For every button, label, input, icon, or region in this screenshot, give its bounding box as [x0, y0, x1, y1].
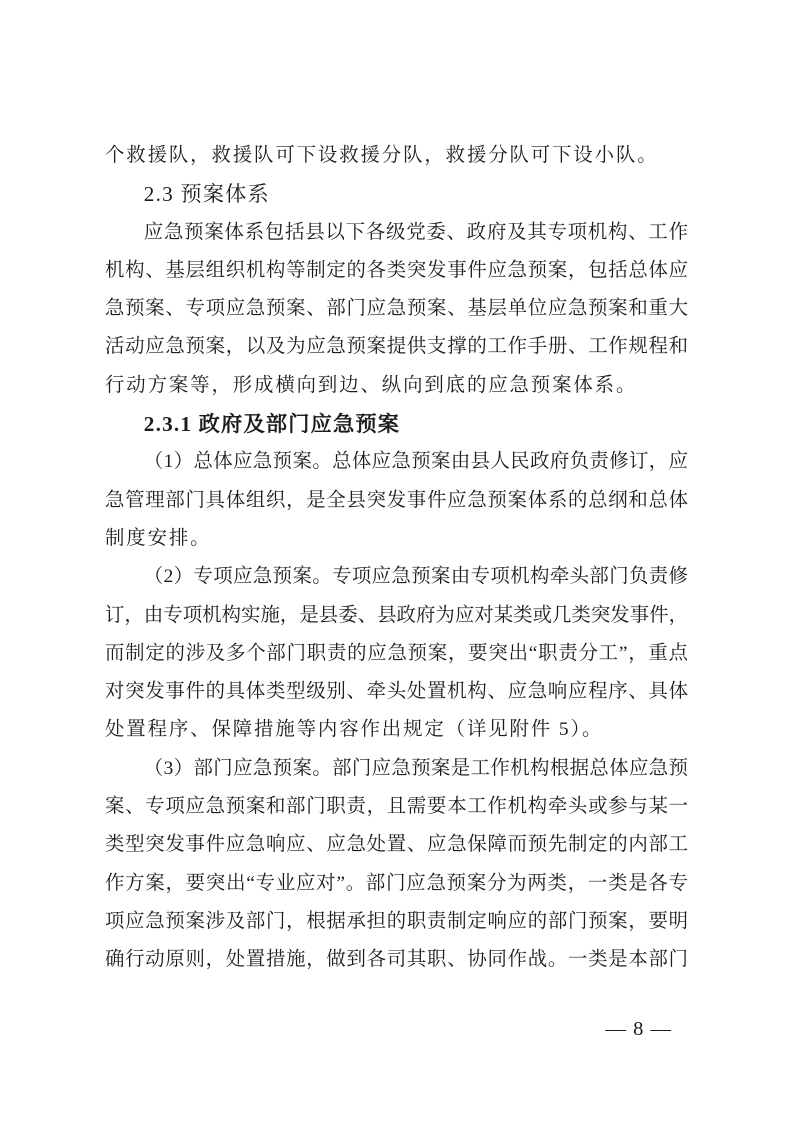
body-line: 急预案、专项应急预案、部门应急预案、基层单位应急预案和重大 — [105, 290, 688, 328]
body-line: 应急预案体系包括县以下各级党委、政府及其专项机构、工作 — [105, 214, 688, 252]
document-page: 个救援队，救援队可下设救援分队，救援分队可下设小队。 2.3 预案体系 应急预案… — [0, 0, 793, 1122]
body-line: 项应急预案涉及部门，根据承担的职责制定响应的部门预案，要明 — [105, 903, 688, 941]
body-line: 行动方案等，形成横向到边、纵向到底的应急预案体系。 — [105, 367, 688, 405]
paragraph-item-2: （2）专项应急预案。专项应急预案由专项机构牵头部门负责修 订，由专项机构实施，是… — [105, 558, 688, 749]
body-line: 急管理部门具体组织，是全县突发事件应急预案体系的总纲和总体 — [105, 482, 688, 520]
body-line: 确行动原则，处置措施，做到各司其职、协同作战。一类是本部门 — [105, 941, 688, 979]
body-line: 类型突发事件应急响应、应急处置、应急保障而预先制定的内部工 — [105, 826, 688, 864]
document-body: 个救援队，救援队可下设救援分队，救援分队可下设小队。 2.3 预案体系 应急预案… — [105, 137, 688, 980]
body-line: 案、专项应急预案和部门职责，且需要本工作机构牵头或参与某一 — [105, 788, 688, 826]
body-line: （3）部门应急预案。部门应急预案是工作机构根据总体应急预 — [105, 750, 688, 788]
body-line: 处置程序、保障措施等内容作出规定（详见附件 5）。 — [105, 711, 688, 749]
body-line: 作方案，要突出“专业应对”。部门应急预案分为两类，一类是各专 — [105, 865, 688, 903]
paragraph-overview: 应急预案体系包括县以下各级党委、政府及其专项机构、工作 机构、基层组织机构等制定… — [105, 214, 688, 405]
paragraph-continued: 个救援队，救援队可下设救援分队，救援分队可下设小队。 — [105, 137, 688, 175]
page-number: — 8 — — [606, 1014, 673, 1044]
body-line: 制度安排。 — [105, 520, 688, 558]
body-line: 活动应急预案，以及为应急预案提供支撑的工作手册、工作规程和 — [105, 328, 688, 366]
body-line: 个救援队，救援队可下设救援分队，救援分队可下设小队。 — [105, 137, 688, 175]
section-heading-2-3: 2.3 预案体系 — [105, 175, 688, 213]
body-line: 机构、基层组织机构等制定的各类突发事件应急预案，包括总体应 — [105, 252, 688, 290]
body-line: （2）专项应急预案。专项应急预案由专项机构牵头部门负责修 — [105, 558, 688, 596]
section-2-3: 2.3 预案体系 — [105, 175, 688, 213]
section-2-3-1: 2.3.1 政府及部门应急预案 — [105, 405, 688, 443]
body-line: 订，由专项机构实施，是县委、县政府为应对某类或几类突发事件， — [105, 597, 688, 635]
body-line: 而制定的涉及多个部门职责的应急预案，要突出“职责分工”，重点 — [105, 635, 688, 673]
body-line: （1）总体应急预案。总体应急预案由县人民政府负责修订，应 — [105, 443, 688, 481]
subsection-heading-2-3-1: 2.3.1 政府及部门应急预案 — [105, 405, 688, 443]
paragraph-item-1: （1）总体应急预案。总体应急预案由县人民政府负责修订，应 急管理部门具体组织，是… — [105, 443, 688, 558]
body-line: 对突发事件的具体类型级别、牵头处置机构、应急响应程序、具体 — [105, 673, 688, 711]
paragraph-item-3: （3）部门应急预案。部门应急预案是工作机构根据总体应急预 案、专项应急预案和部门… — [105, 750, 688, 980]
